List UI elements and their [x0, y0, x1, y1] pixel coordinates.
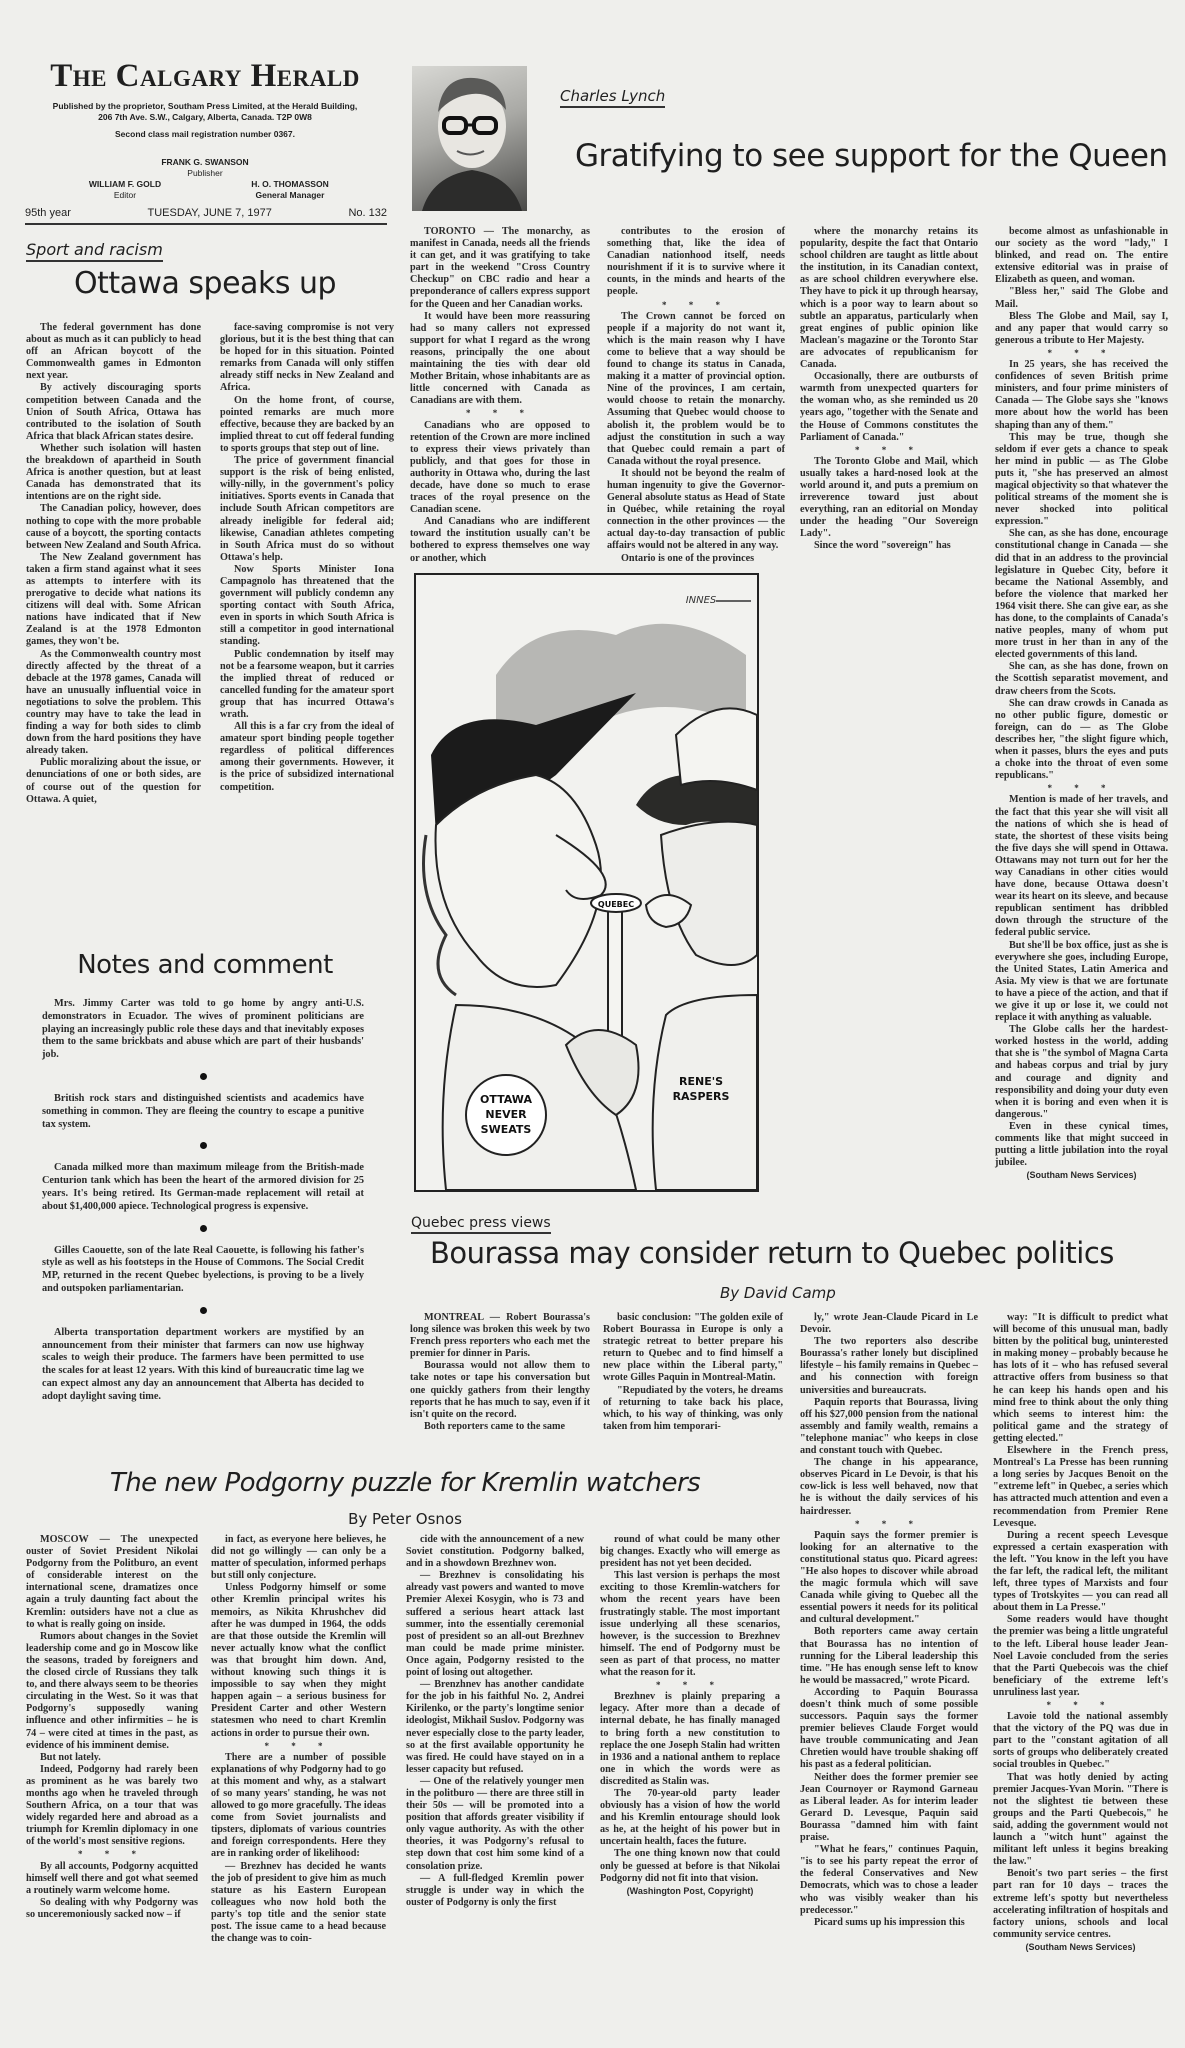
- paragraph: That was hotly denied by acting premier …: [993, 1772, 1168, 1869]
- paragraph: Brezhnev is plainly preparing a legacy. …: [600, 1691, 780, 1788]
- lynch-column-1: TORONTO — The monarchy, as manifest in C…: [410, 226, 590, 565]
- note-item: Alberta transportation department worker…: [42, 1327, 364, 1404]
- mail-registration: Second class mail registration number 03…: [20, 129, 390, 140]
- paragraph: Paquin says the former premier is lookin…: [800, 1530, 978, 1627]
- general-manager-role: General Manager: [230, 190, 350, 201]
- paragraph: She can draw crowds in Canada as no othe…: [995, 698, 1168, 783]
- bourassa-headline: Bourassa may consider return to Quebec p…: [430, 1236, 1160, 1270]
- notes-list: Mrs. Jimmy Carter was told to go home by…: [42, 998, 364, 1404]
- paragraph: On the home front, of course, pointed re…: [220, 395, 394, 455]
- paragraph: And Canadians who are indifferent toward…: [410, 516, 590, 564]
- editorial-cartoon: OTTAWA NEVER SWEATS QUEBEC RENE'S RASPER…: [414, 573, 759, 1192]
- editorial-headline: Ottawa speaks up: [20, 266, 390, 301]
- paragraph: The one thing known now that could only …: [600, 1848, 780, 1884]
- paragraph: There are a number of possible explanati…: [211, 1752, 386, 1861]
- paragraph: She can, as she has done, frown on the S…: [995, 661, 1168, 697]
- lynch-headline: Gratifying to see support for the Queen: [575, 138, 1175, 174]
- podgorny-column-3: cide with the announcement of a new Sovi…: [406, 1534, 584, 1909]
- paragraph: TORONTO — The monarchy, as manifest in C…: [410, 226, 590, 311]
- lynch-column-3: where the monarchy retains its popularit…: [800, 226, 978, 553]
- paragraph: The price of government financial suppor…: [220, 455, 394, 564]
- paragraph: Neither does the former premier see Jean…: [800, 1772, 978, 1845]
- svg-text:QUEBEC: QUEBEC: [598, 900, 634, 909]
- issue-date: TUESDAY, JUNE 7, 1977: [148, 207, 272, 219]
- general-manager-credit: H. O. THOMASSON General Manager: [230, 179, 350, 201]
- paragraph: Mention is made of her travels, and the …: [995, 794, 1168, 939]
- paragraph: The Globe calls her the hardest-worked h…: [995, 1024, 1168, 1121]
- paragraph: Both reporters came to the same: [410, 1421, 590, 1433]
- paragraph: face-saving compromise is not very glori…: [220, 322, 394, 395]
- general-manager-name: H. O. THOMASSON: [230, 179, 350, 190]
- paragraph: Ontario is one of the provinces: [607, 553, 785, 565]
- bourassa-column-1: MONTREAL — Robert Bourassa's long silenc…: [410, 1312, 590, 1433]
- paragraph: All this is a far cry from the ideal of …: [220, 721, 394, 794]
- svg-text:NEVER: NEVER: [485, 1108, 527, 1121]
- paragraph: But she'll be box office, just as she is…: [995, 940, 1168, 1025]
- podgorny-column-4: round of what could be many other big ch…: [600, 1534, 780, 1897]
- note-item: British rock stars and distinguished sci…: [42, 1093, 364, 1131]
- paragraph: As the Commonwealth country most directl…: [26, 649, 201, 758]
- editorial-column-2: face-saving compromise is not very glori…: [220, 322, 394, 794]
- bullet-separator-icon: [200, 1073, 207, 1080]
- paragraph: The federal government has done about as…: [26, 322, 201, 382]
- section-divider: * * *: [26, 1848, 198, 1860]
- columnist-photo: [412, 66, 527, 211]
- paragraph: This may be true, though she seldom if e…: [995, 432, 1168, 529]
- bourassa-byline: By David Camp: [720, 1284, 836, 1302]
- paragraph: cide with the announcement of a new Sovi…: [406, 1534, 584, 1570]
- paragraph: become almost as unfashionable in our so…: [995, 226, 1168, 286]
- paragraph: Picard sums up his impression this: [800, 1917, 978, 1929]
- section-divider: * * *: [607, 299, 785, 311]
- paragraph: MOSCOW — The unexpected ouster of Soviet…: [26, 1534, 198, 1631]
- paragraph: Canadians who are opposed to retention o…: [410, 420, 590, 517]
- podgorny-column-2: in fact, as everyone here believes, he d…: [211, 1534, 386, 1945]
- paragraph: basic conclusion: "The golden exile of R…: [603, 1312, 783, 1385]
- paragraph: contributes to the erosion of something …: [607, 226, 785, 299]
- cartoon-illustration: OTTAWA NEVER SWEATS QUEBEC RENE'S RASPER…: [416, 575, 757, 1190]
- paragraph: She can, as she has done, encourage cons…: [995, 528, 1168, 661]
- paragraph: "Repudiated by the voters, he dreams of …: [603, 1385, 783, 1433]
- paragraph: Whether such isolation will hasten the b…: [26, 443, 201, 503]
- paragraph: Even in these cynical times, comments li…: [995, 1121, 1168, 1169]
- svg-text:INNES: INNES: [686, 595, 717, 606]
- paragraph: ly," wrote Jean-Claude Picard in Le Devo…: [800, 1312, 978, 1336]
- wire-credit: (Washington Post, Copyright): [600, 1885, 780, 1897]
- editorial-column-1: The federal government has done about as…: [26, 322, 201, 806]
- wire-credit: (Southam News Services): [993, 1941, 1168, 1953]
- paragraph: The change in his appearance, observes P…: [800, 1457, 978, 1517]
- paragraph: Benoit's two part series – the first par…: [993, 1868, 1168, 1941]
- note-item: Canada milked more than maximum mileage …: [42, 1162, 364, 1213]
- section-divider: * * *: [995, 782, 1168, 794]
- publisher-name: FRANK G. SWANSON: [145, 157, 265, 168]
- paragraph: By all accounts, Podgorny acquitted hims…: [26, 1861, 198, 1897]
- paragraph: Some readers would have thought the prem…: [993, 1614, 1168, 1699]
- paragraph: — Brenzhnev has another candidate for th…: [406, 1679, 584, 1776]
- paragraph: Since the word "sovereign" has: [800, 540, 978, 552]
- lynch-column-2: contributes to the erosion of something …: [607, 226, 785, 565]
- paragraph: In 25 years, she has received the confid…: [995, 359, 1168, 432]
- notes-headline: Notes and comment: [20, 950, 390, 980]
- paragraph: way: "It is difficult to predict what wi…: [993, 1312, 1168, 1445]
- svg-text:SWEATS: SWEATS: [481, 1123, 532, 1136]
- bourassa-column-2: basic conclusion: "The golden exile of R…: [603, 1312, 783, 1433]
- issue-number: No. 132: [348, 207, 387, 219]
- paragraph: Lavoie told the national assembly that t…: [993, 1711, 1168, 1771]
- paragraph: Now Sports Minister Iona Campagnolo has …: [220, 564, 394, 649]
- section-divider: * * *: [995, 347, 1168, 359]
- paragraph: The Crown cannot be forced on people if …: [607, 311, 785, 468]
- svg-text:RENE'S: RENE'S: [679, 1075, 723, 1088]
- paragraph: Elsewhere in the French press, Montreal'…: [993, 1445, 1168, 1530]
- volume-year: 95th year: [25, 207, 71, 219]
- paragraph: "Bless her," said The Globe and Mail.: [995, 286, 1168, 310]
- bullet-separator-icon: [200, 1307, 207, 1314]
- paragraph: The 70-year-old party leader obviously h…: [600, 1788, 780, 1848]
- bourassa-kicker: Quebec press views: [411, 1212, 551, 1234]
- paragraph: Rumors about changes in the Soviet leade…: [26, 1631, 198, 1752]
- podgorny-headline: The new Podgorny puzzle for Kremlin watc…: [20, 1468, 790, 1498]
- paragraph: By actively discouraging sports competit…: [26, 382, 201, 442]
- paragraph: The two reporters also describe Bourassa…: [800, 1336, 978, 1396]
- section-divider: * * *: [600, 1679, 780, 1691]
- publisher-role: Publisher: [145, 168, 265, 179]
- bourassa-column-4: way: "It is difficult to predict what wi…: [993, 1312, 1168, 1953]
- lynch-column-4: become almost as unfashionable in our so…: [995, 226, 1168, 1181]
- publisher-line: Published by the proprietor, Southam Pre…: [20, 101, 390, 112]
- paragraph: "What he fears," continues Paquin, "is t…: [800, 1844, 978, 1917]
- publisher-credit: FRANK G. SWANSON Publisher: [145, 157, 265, 179]
- paragraph: — Brezhnev has decided he wants the job …: [211, 1861, 386, 1946]
- paragraph: The New Zealand government has taken a f…: [26, 552, 201, 649]
- paragraph: Paquin reports that Bourassa, living off…: [800, 1397, 978, 1457]
- paragraph: It should not be beyond the realm of hum…: [607, 468, 785, 553]
- paragraph: It would have been more reassuring had s…: [410, 311, 590, 408]
- columnist-portrait-icon: [412, 66, 527, 211]
- paragraph: round of what could be many other big ch…: [600, 1534, 780, 1570]
- paragraph: Both reporters came away certain that Bo…: [800, 1626, 978, 1686]
- editorial-kicker: Sport and racism: [26, 240, 163, 262]
- section-divider: * * *: [993, 1699, 1168, 1711]
- bullet-separator-icon: [200, 1142, 207, 1149]
- newspaper-masthead: The Calgary Herald: [20, 58, 390, 95]
- editor-role: Editor: [70, 190, 180, 201]
- paragraph: The Canadian policy, however, does nothi…: [26, 503, 201, 551]
- svg-text:OTTAWA: OTTAWA: [480, 1093, 532, 1106]
- columnist-byline: Charles Lynch: [560, 86, 665, 108]
- wire-credit: (Southam News Services): [995, 1169, 1168, 1181]
- svg-text:RASPERS: RASPERS: [673, 1090, 730, 1103]
- paragraph: So dealing with why Podgorny was so unce…: [26, 1897, 198, 1921]
- section-divider: * * *: [410, 407, 590, 419]
- editor-name: WILLIAM F. GOLD: [70, 179, 180, 190]
- bourassa-column-3: ly," wrote Jean-Claude Picard in Le Devo…: [800, 1312, 978, 1929]
- paragraph: where the monarchy retains its popularit…: [800, 226, 978, 371]
- editor-credit: WILLIAM F. GOLD Editor: [70, 179, 180, 201]
- podgorny-byline: By Peter Osnos: [20, 1510, 790, 1528]
- paragraph: Public condemnation by itself may not be…: [220, 649, 394, 722]
- dateline: 95th year TUESDAY, JUNE 7, 1977 No. 132: [25, 207, 387, 225]
- podgorny-column-1: MOSCOW — The unexpected ouster of Soviet…: [26, 1534, 198, 1921]
- note-item: Gilles Caouette, son of the late Real Ca…: [42, 1245, 364, 1296]
- section-divider: * * *: [211, 1740, 386, 1752]
- paragraph: This last version is perhaps the most ex…: [600, 1570, 780, 1679]
- bullet-separator-icon: [200, 1225, 207, 1232]
- paragraph: The Toronto Globe and Mail, which usuall…: [800, 456, 978, 541]
- paragraph: Occasionally, there are outbursts of war…: [800, 371, 978, 444]
- paragraph: According to Paquin Bourassa doesn't thi…: [800, 1687, 978, 1772]
- paragraph: But not lately.: [26, 1752, 198, 1764]
- paragraph: — One of the relatively younger men in t…: [406, 1776, 584, 1873]
- paragraph: — A full-fledged Kremlin power struggle …: [406, 1873, 584, 1909]
- paragraph: Indeed, Podgorny had rarely been as prom…: [26, 1764, 198, 1849]
- paragraph: — Brezhnev is consolidating his already …: [406, 1570, 584, 1679]
- paragraph: During a recent speech Levesque expresse…: [993, 1530, 1168, 1615]
- address-line: 206 7th Ave. S.W., Calgary, Alberta, Can…: [20, 112, 390, 123]
- paragraph: Bless The Globe and Mail, say I, and any…: [995, 311, 1168, 347]
- paragraph: Public moralizing about the issue, or de…: [26, 757, 201, 805]
- paragraph: Bourassa would not allow them to take no…: [410, 1360, 590, 1420]
- paragraph: in fact, as everyone here believes, he d…: [211, 1534, 386, 1582]
- section-divider: * * *: [800, 1518, 978, 1530]
- note-item: Mrs. Jimmy Carter was told to go home by…: [42, 998, 364, 1062]
- paragraph: Unless Podgorny himself or some other Kr…: [211, 1582, 386, 1739]
- paragraph: MONTREAL — Robert Bourassa's long silenc…: [410, 1312, 590, 1360]
- section-divider: * * *: [800, 444, 978, 456]
